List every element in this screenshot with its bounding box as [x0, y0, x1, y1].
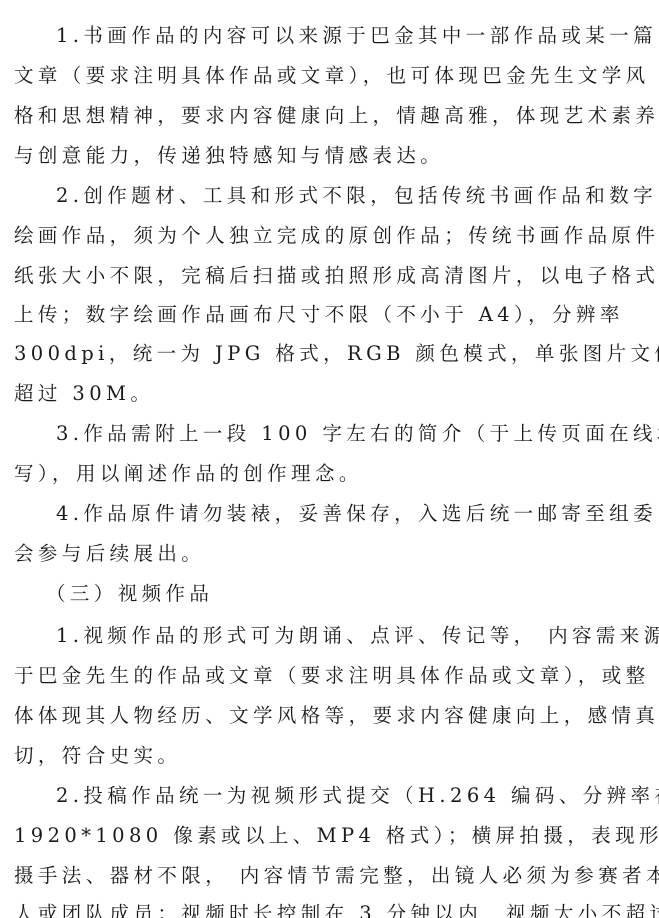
paragraph-line: 上传；数字绘画作品画布尺寸不限（不小于 A4），分辨率 [14, 303, 624, 327]
paragraph-line: 300dpi，统一为 JPG 格式，RGB 颜色模式，单张图片文件大小不 [14, 342, 659, 366]
paragraph-line: 格和思想精神，要求内容健康向上，情趣高雅，体现艺术素养 [14, 104, 659, 128]
paragraph-line: 1920*1080 像素或以上、MP4 格式）；横屏拍摄，表现形式、拍 [14, 824, 659, 848]
paragraph-line: 纸张大小不限，完稿后扫描或拍照形成高清图片，以电子格式 [14, 264, 659, 288]
paragraph-line: 摄手法、器材不限， 内容情节需完整，出镜人必须为参赛者本 [14, 864, 659, 888]
paragraph-line: 2.投稿作品统一为视频形式提交（H.264 编码、分辨率在 [56, 784, 659, 808]
paragraph-line: 绘画作品，须为个人独立完成的原创作品；传统书画作品原件 [14, 224, 659, 248]
paragraph-line: 于巴金先生的作品或文章（要求注明具体作品或文章），或整 [14, 664, 650, 688]
section-heading: （三）视频作品 [46, 582, 213, 606]
paragraph-line: 与创意能力，传递独特感知与情感表达。 [14, 144, 444, 168]
paragraph-line: 2.创作题材、工具和形式不限，包括传统书画作品和数字 [56, 184, 657, 208]
paragraph-line: 4.作品原件请勿装裱，妥善保存，入选后统一邮寄至组委 [56, 502, 657, 526]
paragraph-line: 1.书画作品的内容可以来源于巴金其中一部作品或某一篇 [56, 24, 657, 48]
paragraph-line: 切，符合史实。 [14, 744, 181, 768]
paragraph-line: 体体现其人物经历、文学风格等，要求内容健康向上，感情真 [14, 704, 659, 728]
paragraph-line: 3.作品需附上一段 100 字左右的简介（于上传页面在线填 [56, 422, 659, 446]
paragraph-line: 文章（要求注明具体作品或文章），也可体现巴金先生文学风 [14, 64, 650, 88]
paragraph-line: 人或团队成员；视频时长控制在 3 分钟以内，视频大小不超过 [14, 902, 659, 918]
paragraph-line: 1.视频作品的形式可为朗诵、点评、传记等， 内容需来源 [56, 624, 659, 648]
document-page: 1.书画作品的内容可以来源于巴金其中一部作品或某一篇 文章（要求注明具体作品或文… [0, 0, 659, 918]
paragraph-line: 超过 30M。 [14, 382, 154, 406]
paragraph-line: 会参与后续展出。 [14, 542, 205, 566]
paragraph-line: 写），用以阐述作品的创作理念。 [14, 462, 363, 486]
